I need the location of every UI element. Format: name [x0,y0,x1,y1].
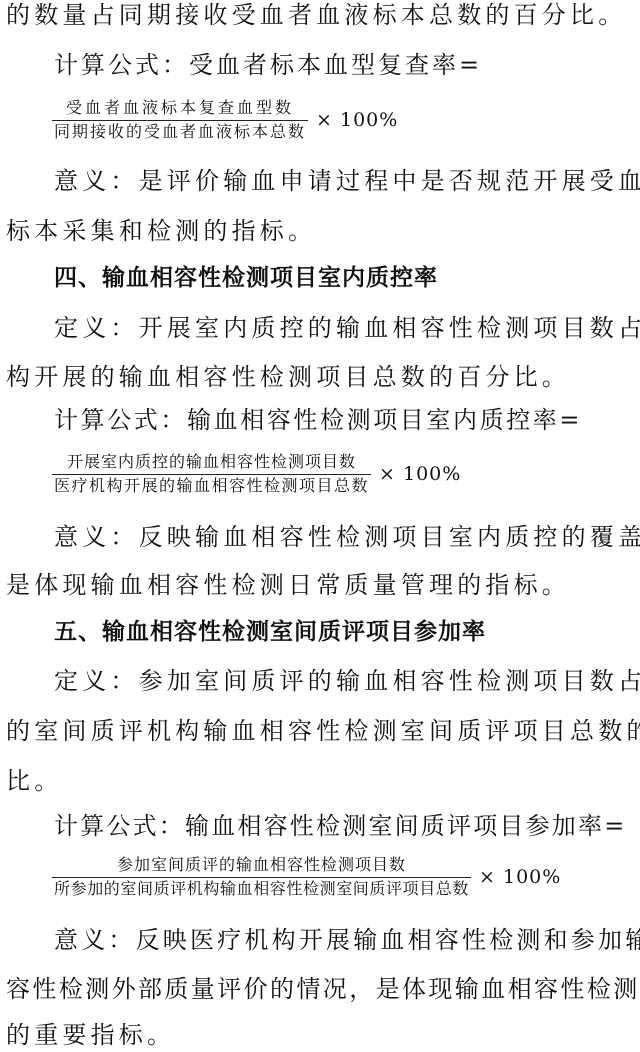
section5-denominator: 所参加的室间质评机构输血相容性检测室间质评项目总数 [52,878,471,899]
section3-formula-label: 计算公式：受血者标本血型复查率= [54,50,640,80]
section4-multiplier: × 100% [379,463,461,485]
section5-definition-line1: 定义：参加室间质评的输血相容性检测项目数占所参加 [54,666,640,696]
section5-multiplier: × 100% [479,866,561,888]
section3-meaning-line2: 标本采集和检测的指标。 [6,216,636,246]
section4-definition-line1: 定义：开展室内质控的输血相容性检测项目数占医疗机 [54,313,640,343]
section3-denominator: 同期接收的受血者血液标本总数 [52,121,308,142]
section5-heading: 五、输血相容性检测室间质评项目参加率 [54,617,486,647]
section5-definition-line3: 比。 [6,766,636,796]
section5-definition-line2: 的室间质评机构输血相容性检测室间质评项目总数的百分 [6,716,636,746]
section5-numerator: 参加室间质评的输血相容性检测项目数 [115,855,408,877]
section3-definition-continuation: 的数量占同期接收受血者血液标本总数的百分比。 [6,0,636,30]
section4-heading: 四、输血相容性检测项目室内质控率 [54,263,438,293]
section3-multiplier: × 100% [316,109,398,131]
section4-denominator: 医疗机构开展的输血相容性检测项目总数 [52,475,371,496]
section4-definition-line2: 构开展的输血相容性检测项目总数的百分比。 [6,362,636,392]
section4-formula: 开展室内质控的输血相容性检测项目数 医疗机构开展的输血相容性检测项目总数 × 1… [52,452,461,496]
section4-meaning-line1: 意义：反映输血相容性检测项目室内质控的覆盖程度， [54,522,640,552]
section5-fraction: 参加室间质评的输血相容性检测项目数 所参加的室间质评机构输血相容性检测室间质评项… [52,855,471,899]
section4-formula-label: 计算公式：输血相容性检测项目室内质控率= [54,405,640,435]
section3-formula: 受血者血液标本复查血型数 同期接收的受血者血液标本总数 × 100% [52,98,398,142]
section5-meaning-line2: 容性检测外部质量评价的情况，是体现输血相容性检测能力 [6,974,636,1004]
section5-formula: 参加室间质评的输血相容性检测项目数 所参加的室间质评机构输血相容性检测室间质评项… [52,855,561,899]
section3-numerator: 受血者血液标本复查血型数 [64,98,296,120]
document-page: 的数量占同期接收受血者血液标本总数的百分比。 计算公式：受血者标本血型复查率= … [0,0,640,1052]
section5-meaning-line1: 意义：反映医疗机构开展输血相容性检测和参加输血相 [54,925,640,955]
section3-meaning-line1: 意义：是评价输血申请过程中是否规范开展受血者血液 [54,166,639,196]
section4-fraction: 开展室内质控的输血相容性检测项目数 医疗机构开展的输血相容性检测项目总数 [52,452,371,496]
section4-numerator: 开展室内质控的输血相容性检测项目数 [65,452,358,474]
section4-meaning-line2: 是体现输血相容性检测日常质量管理的指标。 [6,570,636,600]
section3-fraction: 受血者血液标本复查血型数 同期接收的受血者血液标本总数 [52,98,308,142]
section5-meaning-line3: 的重要指标。 [6,1020,636,1050]
section5-formula-label: 计算公式：输血相容性检测室间质评项目参加率= [54,811,640,841]
